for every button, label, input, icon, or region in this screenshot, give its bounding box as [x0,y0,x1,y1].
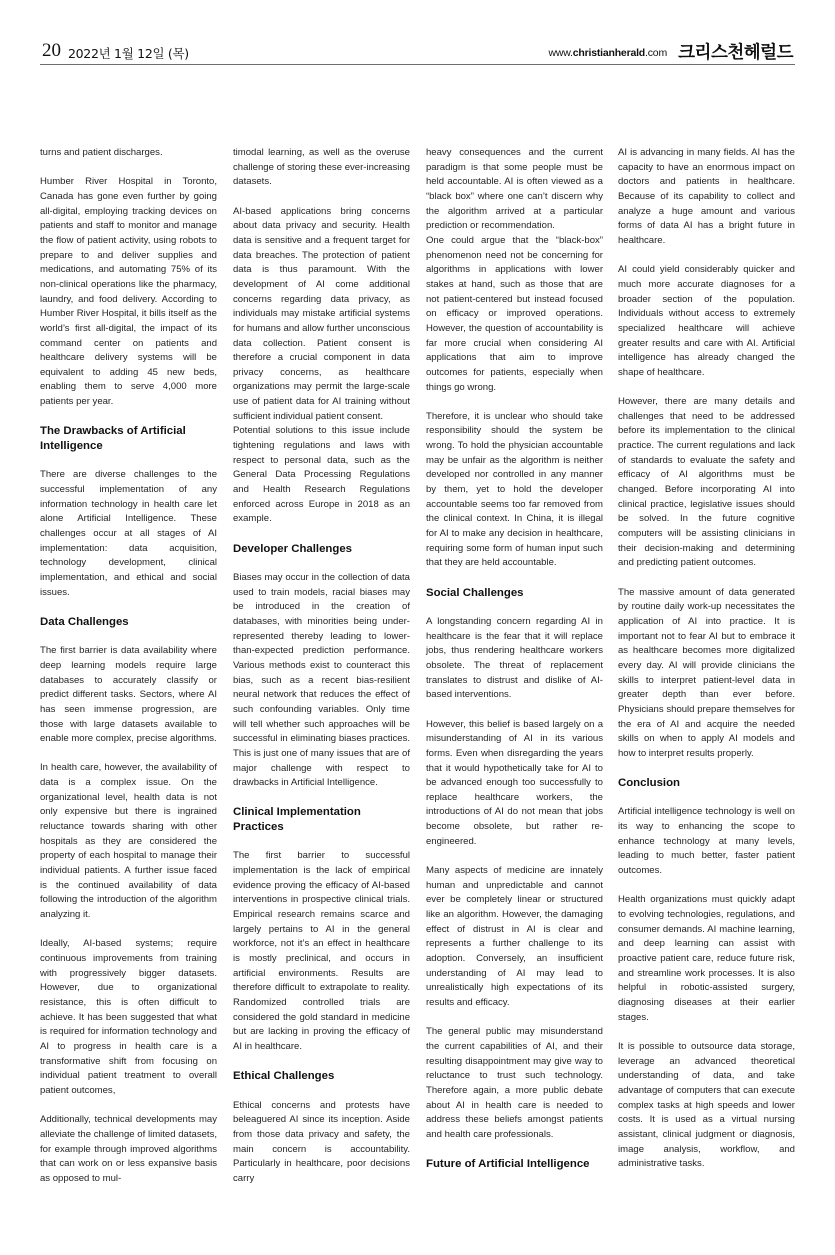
article-body: turns and patient discharges.Humber Rive… [40,146,796,1226]
section-heading: Clinical Implementation Practices [233,805,410,834]
paragraph: Health organizations must quickly adapt … [618,893,795,1025]
paragraph: AI-based applications bring concerns abo… [233,205,410,425]
paragraph: AI is advancing in many fields. AI has t… [618,146,795,249]
section-heading: Data Challenges [40,615,217,630]
paragraph: In health care, however, the availabilit… [40,761,217,922]
paragraph: timodal learning, as well as the overuse… [233,146,410,190]
paragraph: Artificial intelligence technology is we… [618,805,795,878]
site-url-domain: christianherald [573,47,645,59]
paragraph: Biases may occur in the collection of da… [233,571,410,791]
issue-date: 2022년 1월 12일 (목) [68,44,189,62]
paragraph: Potential solutions to this issue includ… [233,424,410,527]
paragraph: There are diverse challenges to the succ… [40,468,217,600]
paragraph: Ethical concerns and protests have belea… [233,1099,410,1187]
paragraph: The general public may misunderstand the… [426,1025,603,1142]
site-url-suffix: .com [645,47,667,59]
section-heading: Ethical Challenges [233,1069,410,1084]
section-heading: Social Challenges [426,586,603,601]
section-heading: Conclusion [618,776,795,791]
article-column-2: timodal learning, as well as the overuse… [233,146,410,1201]
paragraph: heavy consequences and the current parad… [426,146,603,234]
site-url-prefix: www. [548,47,572,59]
paragraph: The first barrier is data availability w… [40,644,217,747]
page-masthead: 20 2022년 1월 12일 (목) www.christianherald.… [40,38,795,65]
paragraph: Therefore, it is unclear who should take… [426,410,603,571]
paragraph: The first barrier to successful implemen… [233,849,410,1054]
paragraph: turns and patient discharges. [40,146,217,161]
paragraph: One could argue that the “black-box” phe… [426,234,603,395]
paragraph: Humber River Hospital in Toronto, Canada… [40,175,217,410]
article-column-1: turns and patient discharges.Humber Rive… [40,146,217,1201]
paragraph: AI could yield considerably quicker and … [618,263,795,380]
site-url[interactable]: www.christianherald.com [548,47,667,59]
section-heading: Future of Artificial Intelligence [426,1157,603,1172]
paragraph: Many aspects of medicine are innately hu… [426,864,603,1011]
paragraph: However, this belief is based largely on… [426,718,603,850]
paragraph: Additionally, technical developments may… [40,1113,217,1186]
paragraph: It is possible to outsource data storage… [618,1040,795,1172]
page-number: 20 [42,40,61,62]
section-heading: Developer Challenges [233,542,410,557]
paragraph: The massive amount of data generated by … [618,586,795,762]
paragraph: A longstanding concern regarding AI in h… [426,615,603,703]
paragraph: However, there are many details and chal… [618,395,795,571]
article-column-3: heavy consequences and the current parad… [426,146,603,1186]
section-heading: The Drawbacks of Artificial Intelligence [40,424,217,453]
article-column-4: AI is advancing in many fields. AI has t… [618,146,795,1186]
paragraph: Ideally, AI-based systems; require conti… [40,937,217,1098]
newspaper-logo: 크리스천헤럴드 [678,39,793,64]
